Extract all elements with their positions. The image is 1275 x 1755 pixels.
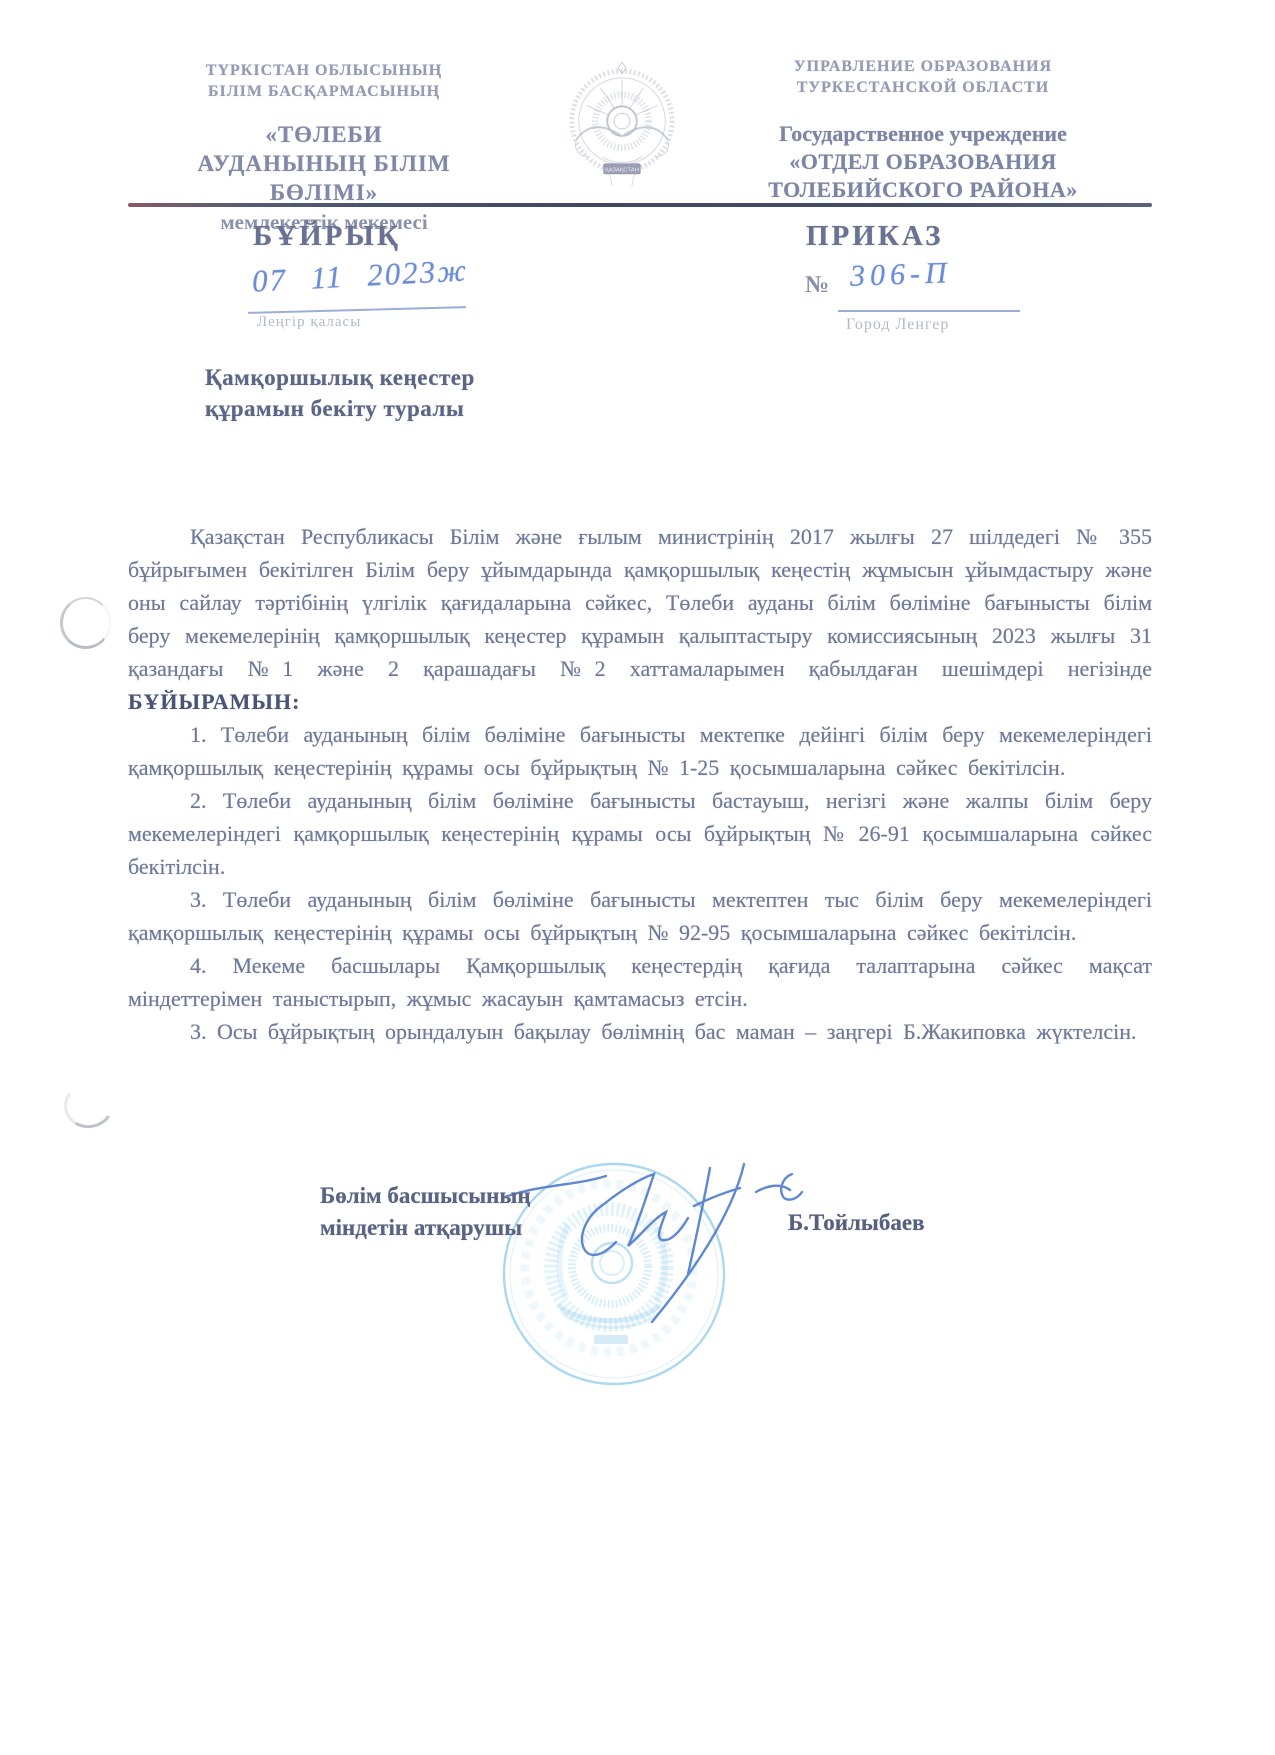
signature-icon (478, 1144, 850, 1349)
kazakhstan-coat-of-arms-icon: ҚАЗАҚСТАН (563, 62, 681, 200)
signer-position: Бөлім басшысының міндетін атқарушы (320, 1180, 531, 1244)
dept-name-kk-line2: БІЛІМ БАСҚАРМАСЫНЫҢ (138, 81, 510, 102)
document-title-line1: Қамқоршылық кеңестер (205, 362, 475, 393)
order-item-5: 3. Осы бұйрықтың орындалуын бақылау бөлі… (128, 1015, 1152, 1048)
order-item-2: 2. Төлеби ауданының білім бөліміне бағын… (128, 784, 1152, 883)
header-left-block: ТҮРКІСТАН ОБЛЫСЫНЫҢ БІЛІМ БАСҚАРМАСЫНЫҢ … (138, 60, 510, 235)
intro-paragraph: Қазақстан Республикасы Білім және ғылым … (128, 520, 1152, 718)
order-item-1: 1. Төлеби ауданының білім бөліміне бағын… (128, 718, 1152, 784)
document-page: ТҮРКІСТАН ОБЛЫСЫНЫҢ БІЛІМ БАСҚАРМАСЫНЫҢ … (0, 0, 1275, 1755)
document-title-line2: құрамын бекіту туралы (205, 393, 475, 424)
punch-hole-artifact-top (60, 597, 111, 649)
order-place-kk: Леңгір қаласы (257, 314, 361, 331)
handwritten-order-number: 306-П (849, 256, 952, 294)
order-label-kk: БҰЙРЫҚ (253, 220, 401, 253)
intro-text: Қазақстан Республикасы Білім және ғылым … (128, 524, 1152, 681)
gu-line-ru: Государственное учреждение (698, 120, 1148, 148)
date-underline (248, 306, 466, 314)
signer-position-line2: міндетін атқарушы (320, 1212, 531, 1244)
document-title: Қамқоршылық кеңестер құрамын бекіту тура… (205, 362, 475, 424)
dept-name-ru-line2: ТУРКЕСТАНСКОЙ ОБЛАСТИ (698, 77, 1148, 98)
order-number-prefix: № (805, 272, 829, 299)
emblem-banner-text: ҚАЗАҚСТАН (605, 167, 639, 173)
header-right-block: УПРАВЛЕНИЕ ОБРАЗОВАНИЯ ТУРКЕСТАНСКОЙ ОБЛ… (698, 56, 1148, 204)
header-divider (128, 203, 1152, 207)
order-body: Қазақстан Республикасы Білім және ғылым … (128, 520, 1152, 1048)
order-label-ru: ПРИКАЗ (806, 220, 943, 253)
punch-hole-artifact-bottom (60, 1077, 118, 1132)
order-item-4: 4. Мекеме басшылары Қамқоршылық кеңестер… (128, 949, 1152, 1015)
org-name-kk: «ТӨЛЕБИ АУДАНЫНЫҢ БІЛІМ БӨЛІМІ» (182, 120, 467, 207)
dept-name-kk-line1: ТҮРКІСТАН ОБЛЫСЫНЫҢ (138, 60, 510, 81)
order-place-ru: Город Ленгер (846, 316, 949, 334)
dept-name-ru-line1: УПРАВЛЕНИЕ ОБРАЗОВАНИЯ (698, 56, 1148, 77)
order-item-3: 3. Төлеби ауданының білім бөліміне бағын… (128, 883, 1152, 949)
signer-position-line1: Бөлім басшысының (320, 1180, 531, 1212)
org-name-ru: «ОТДЕЛ ОБРАЗОВАНИЯ ТОЛЕБИЙСКОГО РАЙОНА» (739, 148, 1107, 204)
signer-name: Б.Тойлыбаев (788, 1210, 925, 1236)
decree-word: БҰЙЫРАМЫН: (128, 689, 300, 714)
number-underline (838, 310, 1020, 312)
handwritten-date: 07 11 2023ж (251, 252, 469, 299)
